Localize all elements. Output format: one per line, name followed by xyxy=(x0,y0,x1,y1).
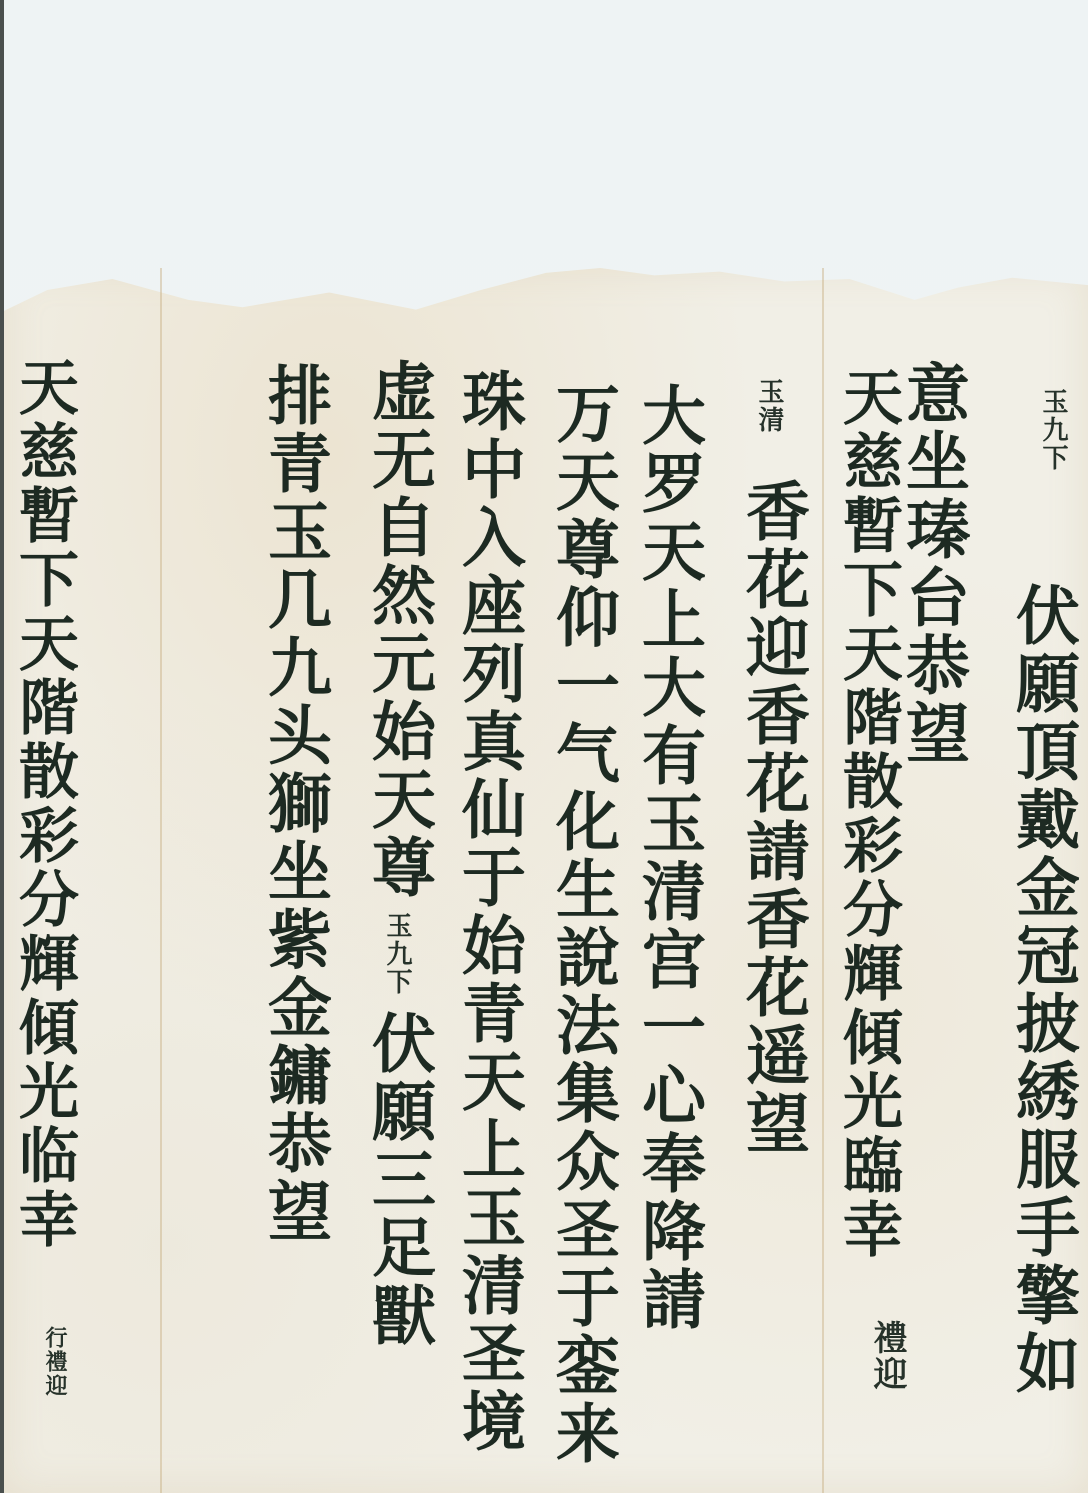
text-column-1: 伏願頂戴金冠披綉服手擎如 xyxy=(1010,582,1074,1398)
marginal-note: 玉九下 xyxy=(1040,388,1066,472)
paper-fold-line xyxy=(160,268,162,1493)
text-column-7: 珠中入座列真仙于始青天上玉清圣境 xyxy=(456,368,520,1456)
text-column-5: 大罗天上大有玉清宫一心奉降請 xyxy=(636,382,700,1334)
trailing-note: 行禮迎 xyxy=(44,1326,66,1398)
text-column-9: 排青玉几九头獅坐紫金鏞恭望 xyxy=(262,362,326,1246)
text-column-4: 香花迎香花請香花遥望 xyxy=(740,478,804,1158)
marginal-note: 玉清 xyxy=(756,378,782,434)
text-column-8-continued: 伏願三足獸 xyxy=(366,1010,430,1350)
inline-note: 玉九下 xyxy=(384,912,410,996)
scanner-edge xyxy=(0,0,4,1493)
text-column-10: 天慈暫下天階散彩分輝傾光临幸 xyxy=(14,356,74,1252)
text-column-2: 意坐瑧台恭望 xyxy=(900,360,964,768)
trailing-note: 禮迎 xyxy=(870,1320,904,1392)
paper-fold-line xyxy=(822,268,824,1493)
text-column-8: 虚无自然元始天尊 xyxy=(366,358,430,918)
text-column-6: 万天尊仰一气化生說法集众圣于銮来 xyxy=(550,380,614,1468)
text-column-3: 天慈暫下天階散彩分輝傾光臨幸 xyxy=(838,366,898,1262)
